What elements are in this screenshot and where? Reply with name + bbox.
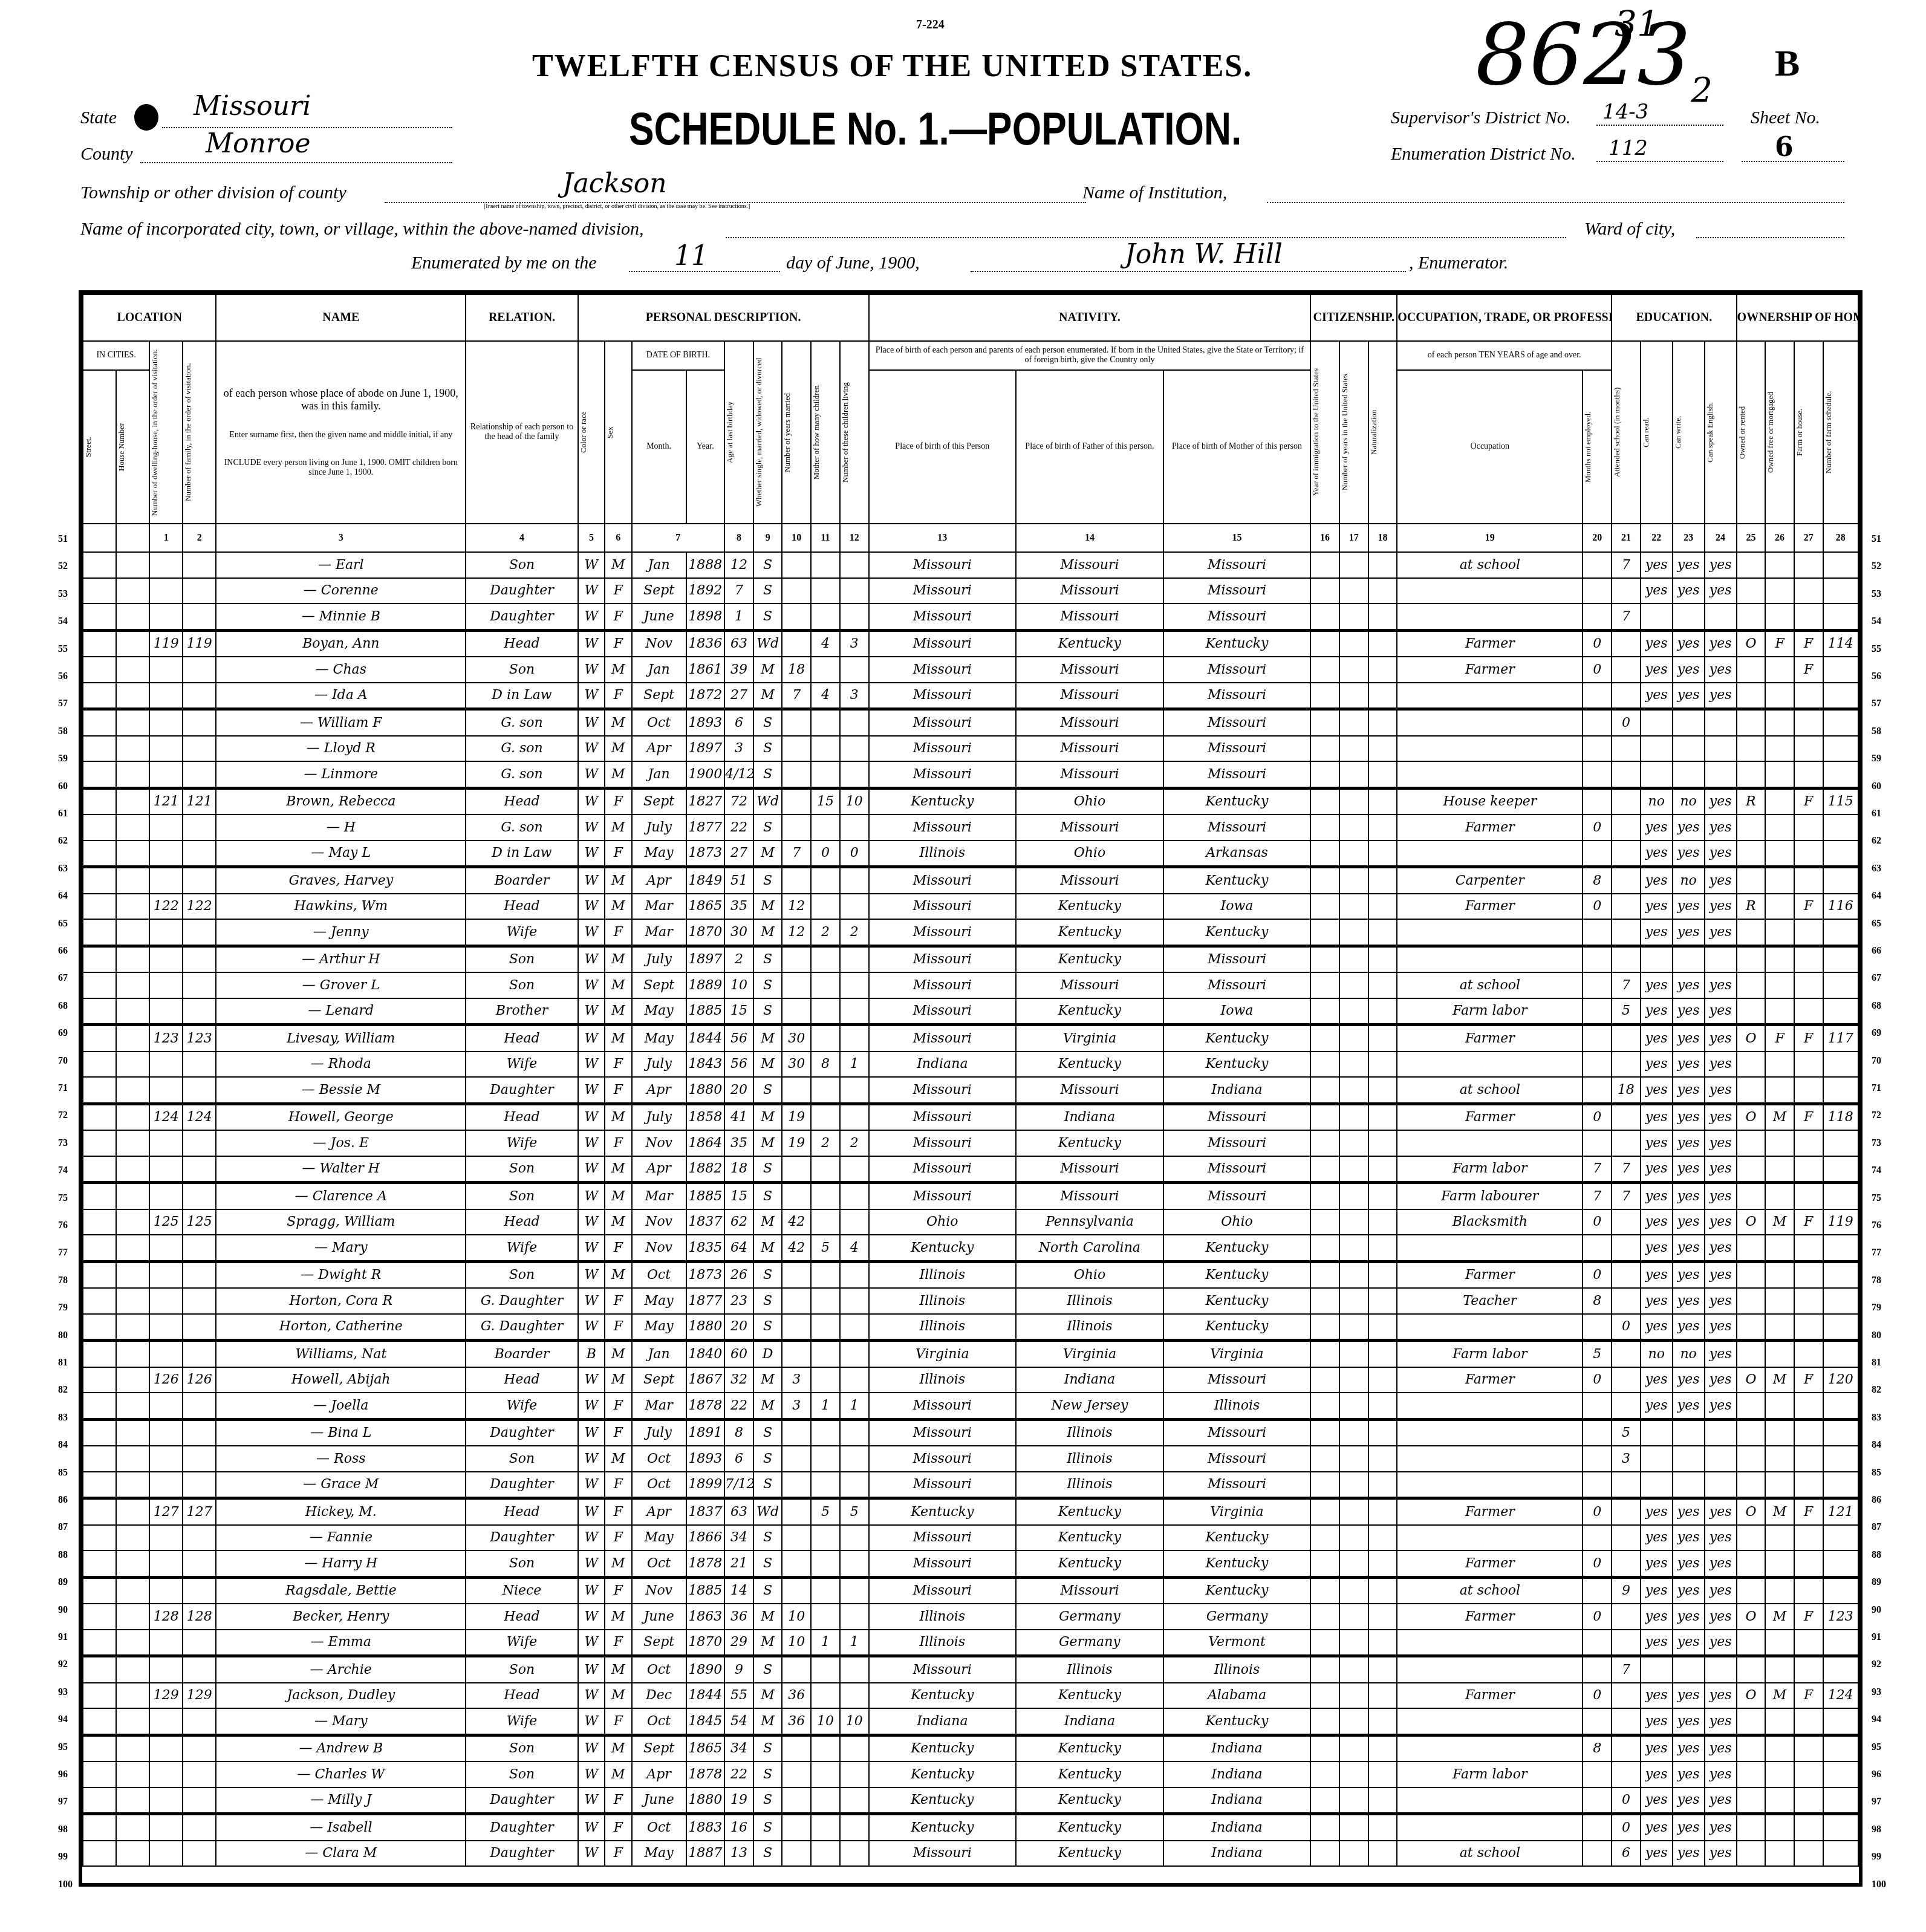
age-cell: 14 xyxy=(724,1577,753,1604)
marital-status-cell: S xyxy=(753,1841,782,1867)
dwelling-number-cell xyxy=(149,578,183,604)
person-name-cell: — Andrew B xyxy=(216,1735,466,1761)
birth-year-cell: 1873 xyxy=(686,1261,725,1288)
sex-cell: M xyxy=(605,894,631,920)
empty-cell xyxy=(83,998,116,1025)
family-number-cell xyxy=(183,1708,216,1735)
months-not-employed-cell: 0 xyxy=(1583,1498,1612,1525)
line-number-right: 93 xyxy=(1872,1687,1881,1698)
mother-birthplace-cell: Missouri xyxy=(1163,1104,1311,1130)
sheet-letter: B xyxy=(1775,42,1800,85)
empty-cell xyxy=(83,1261,116,1288)
family-number-cell xyxy=(183,578,216,604)
dwelling-number-cell xyxy=(149,657,183,683)
farm-house-cell: F xyxy=(1794,1367,1823,1393)
empty-cell xyxy=(1310,683,1339,709)
birth-month-cell: Oct xyxy=(632,1261,686,1288)
father-birthplace-cell: Kentucky xyxy=(1016,894,1163,920)
free-mortgaged-cell xyxy=(1765,998,1794,1025)
sex-cell: F xyxy=(605,1393,631,1419)
empty-cell xyxy=(1339,1446,1368,1472)
group-personal: PERSONAL DESCRIPTION. xyxy=(578,294,869,341)
months-at-school-cell xyxy=(1612,683,1641,709)
line-number-left: 68 xyxy=(58,1001,68,1012)
empty-cell xyxy=(1339,867,1368,894)
line-number-left: 94 xyxy=(58,1714,68,1725)
relation-cell: Son xyxy=(466,1261,577,1288)
speaks-english-cell: yes xyxy=(1705,867,1737,894)
occupation-cell: Blacksmith xyxy=(1397,1209,1583,1235)
free-mortgaged-cell xyxy=(1765,1314,1794,1341)
farm-schedule-number-cell xyxy=(1823,1261,1858,1288)
birthplace-cell: Missouri xyxy=(869,1446,1017,1472)
empty-cell xyxy=(1368,630,1397,657)
months-not-employed-cell: 8 xyxy=(1583,867,1612,894)
birthplace-cell: Missouri xyxy=(869,972,1017,998)
farm-house-cell xyxy=(1794,552,1823,578)
empty-cell xyxy=(116,1683,149,1709)
table-row: — Ida AD in LawWFSept187227M743MissouriM… xyxy=(83,683,1858,709)
empty-cell xyxy=(1339,630,1368,657)
race-cell: W xyxy=(578,1052,605,1078)
farm-schedule-number-cell xyxy=(1823,657,1858,683)
table-row: — LenardBrotherWMMay188515SMissouriKentu… xyxy=(83,998,1858,1025)
farm-schedule-number-cell xyxy=(1823,1235,1858,1261)
birth-month-cell: Oct xyxy=(632,1814,686,1841)
can-write-cell: yes xyxy=(1673,1735,1705,1761)
farm-schedule-number-cell xyxy=(1823,552,1858,578)
empty-cell xyxy=(1310,761,1339,788)
empty-cell xyxy=(1310,1077,1339,1104)
person-name-cell: — Lloyd R xyxy=(216,736,466,762)
empty-cell xyxy=(1339,946,1368,972)
relation-cell: G. son xyxy=(466,761,577,788)
family-number-cell xyxy=(183,1130,216,1156)
person-name-cell: — Archie xyxy=(216,1656,466,1683)
person-name-cell: Williams, Nat xyxy=(216,1341,466,1367)
relation-cell: Son xyxy=(466,1550,577,1577)
age-cell: 20 xyxy=(724,1314,753,1341)
can-read-cell: yes xyxy=(1641,1735,1673,1761)
birthplace-cell: Missouri xyxy=(869,552,1017,578)
mother-of-children-cell xyxy=(811,1156,840,1183)
free-mortgaged-cell xyxy=(1765,578,1794,604)
occupation-cell: Farm labourer xyxy=(1397,1183,1583,1209)
father-birthplace-cell: Kentucky xyxy=(1016,630,1163,657)
marital-status-cell: S xyxy=(753,1156,782,1183)
relation-cell: Head xyxy=(466,1025,577,1052)
empty-cell xyxy=(1368,1261,1397,1288)
sex-cell: F xyxy=(605,1235,631,1261)
person-name-cell: — Arthur H xyxy=(216,946,466,972)
can-write-cell xyxy=(1673,603,1705,630)
speaks-english-cell: yes xyxy=(1705,1708,1737,1735)
months-at-school-cell xyxy=(1612,1472,1641,1498)
relation-cell: Daughter xyxy=(466,578,577,604)
speaks-english-cell: yes xyxy=(1705,1156,1737,1183)
farm-house-cell xyxy=(1794,919,1823,946)
dwelling-number-cell: 123 xyxy=(149,1025,183,1052)
birthplace-cell: Missouri xyxy=(869,1550,1017,1577)
table-row: Williams, NatBoarderBMJan184060DVirginia… xyxy=(83,1341,1858,1367)
empty-cell xyxy=(1310,815,1339,841)
empty-cell xyxy=(116,1052,149,1078)
farm-house-cell: F xyxy=(1794,657,1823,683)
mother-birthplace-cell: Kentucky xyxy=(1163,1025,1311,1052)
empty-cell xyxy=(1339,1183,1368,1209)
empty-cell xyxy=(1310,1683,1339,1709)
col-race-label: Color or race xyxy=(579,342,588,523)
table-row: — CorenneDaughterWFSept18927SMissouriMis… xyxy=(83,578,1858,604)
years-married-cell xyxy=(782,1577,811,1604)
mother-birthplace-cell: Kentucky xyxy=(1163,630,1311,657)
line-number-left: 74 xyxy=(58,1165,68,1176)
sex-cell: M xyxy=(605,1735,631,1761)
can-write-cell: yes xyxy=(1673,972,1705,998)
census-title: TWELFTH CENSUS OF THE UNITED STATES. xyxy=(532,48,1252,84)
mother-birthplace-cell: Missouri xyxy=(1163,946,1311,972)
farm-house-cell: F xyxy=(1794,1104,1823,1130)
family-number-cell xyxy=(183,1419,216,1446)
table-row: — EmmaWifeWFSept187029M1011IllinoisGerma… xyxy=(83,1630,1858,1656)
speaks-english-cell: yes xyxy=(1705,841,1737,867)
line-number-right: 83 xyxy=(1872,1413,1881,1423)
birth-year-cell: 1873 xyxy=(686,841,725,867)
age-cell: 56 xyxy=(724,1052,753,1078)
sex-cell: M xyxy=(605,972,631,998)
family-number-cell xyxy=(183,1841,216,1867)
mother-birthplace-cell: Missouri xyxy=(1163,1419,1311,1446)
line-number-right: 65 xyxy=(1872,919,1881,929)
empty-cell xyxy=(1339,1367,1368,1393)
person-name-cell: — Minnie B xyxy=(216,603,466,630)
mother-of-children-cell xyxy=(811,1446,840,1472)
enumerator-name: John W. Hill xyxy=(1125,239,1283,270)
farm-house-cell xyxy=(1794,1341,1823,1367)
empty-cell xyxy=(1368,1052,1397,1078)
months-not-employed-cell: 0 xyxy=(1583,815,1612,841)
col-sex-label: Sex xyxy=(605,342,615,523)
can-write-cell: yes xyxy=(1673,1025,1705,1052)
colnum xyxy=(83,524,116,552)
sex-cell: M xyxy=(605,709,631,736)
mother-of-children-cell xyxy=(811,1841,840,1867)
line-number-right: 98 xyxy=(1872,1824,1881,1835)
empty-cell xyxy=(116,1367,149,1393)
empty-cell xyxy=(1310,1814,1339,1841)
years-married-cell: 12 xyxy=(782,894,811,920)
line-number-right: 69 xyxy=(1872,1028,1881,1039)
relation-cell: Head xyxy=(466,1604,577,1630)
children-living-cell xyxy=(840,578,869,604)
mother-of-children-cell: 0 xyxy=(811,841,840,867)
can-read-cell: yes xyxy=(1641,1052,1673,1078)
sex-cell: F xyxy=(605,841,631,867)
months-not-employed-cell xyxy=(1583,1446,1612,1472)
person-name-cell: — Isabell xyxy=(216,1814,466,1841)
empty-cell xyxy=(1339,1630,1368,1656)
mother-of-children-cell: 4 xyxy=(811,683,840,709)
farm-schedule-number-cell xyxy=(1823,946,1858,972)
line-number-right: 75 xyxy=(1872,1193,1881,1204)
line-number-right: 76 xyxy=(1872,1220,1881,1231)
free-mortgaged-cell xyxy=(1765,657,1794,683)
occupation-cell xyxy=(1397,919,1583,946)
children-living-cell xyxy=(840,1341,869,1367)
line-number-left: 66 xyxy=(58,946,68,957)
birth-month-cell: June xyxy=(632,1787,686,1814)
birth-month-cell: May xyxy=(632,841,686,867)
children-living-cell: 0 xyxy=(840,841,869,867)
can-read-cell xyxy=(1641,1446,1673,1472)
empty-cell xyxy=(1310,1261,1339,1288)
table-row: — LinmoreG. sonWMJan19004/12SMissouriMis… xyxy=(83,761,1858,788)
father-birthplace-cell: Kentucky xyxy=(1016,1525,1163,1551)
occupation-cell xyxy=(1397,946,1583,972)
farm-schedule-number-cell: 118 xyxy=(1823,1104,1858,1130)
farm-house-cell xyxy=(1794,1550,1823,1577)
line-number-left: 99 xyxy=(58,1852,68,1862)
empty-cell xyxy=(1368,1077,1397,1104)
race-cell: W xyxy=(578,1183,605,1209)
farm-house-cell: F xyxy=(1794,894,1823,920)
children-living-cell xyxy=(840,1525,869,1551)
birth-month-cell: Apr xyxy=(632,1498,686,1525)
dwelling-number-cell xyxy=(149,603,183,630)
birth-year-cell: 1892 xyxy=(686,578,725,604)
can-read-cell: yes xyxy=(1641,1367,1673,1393)
empty-cell xyxy=(1339,1841,1368,1867)
colnum: 18 xyxy=(1368,524,1397,552)
race-cell: W xyxy=(578,1604,605,1630)
person-name-cell: — Linmore xyxy=(216,761,466,788)
empty-cell xyxy=(116,1261,149,1288)
birth-month-cell: Oct xyxy=(632,1708,686,1735)
col-pob-mother: Place of birth of Mother of this person xyxy=(1163,370,1311,524)
occupation-cell xyxy=(1397,1052,1583,1078)
relation-cell: G. Daughter xyxy=(466,1288,577,1314)
sex-cell: M xyxy=(605,1261,631,1288)
dwelling-number-cell xyxy=(149,998,183,1025)
family-number-cell: 125 xyxy=(183,1209,216,1235)
empty-cell xyxy=(1339,1550,1368,1577)
col-mother-of: Mother of how many children xyxy=(811,341,840,524)
mother-birthplace-cell: Iowa xyxy=(1163,998,1311,1025)
birth-month-cell: Mar xyxy=(632,1393,686,1419)
farm-schedule-number-cell xyxy=(1823,578,1858,604)
birth-month-cell: Sept xyxy=(632,683,686,709)
state-label: State xyxy=(80,108,117,128)
birthplace-cell: Missouri xyxy=(869,815,1017,841)
months-at-school-cell: 0 xyxy=(1612,709,1641,736)
line-number-left: 85 xyxy=(58,1468,68,1478)
farm-house-cell xyxy=(1794,1235,1823,1261)
race-cell: W xyxy=(578,1498,605,1525)
colnum: 24 xyxy=(1705,524,1737,552)
family-number-cell xyxy=(183,1235,216,1261)
can-write-cell: yes xyxy=(1673,1630,1705,1656)
relation-cell: Daughter xyxy=(466,603,577,630)
colnum: 20 xyxy=(1583,524,1612,552)
birthplace-cell: Missouri xyxy=(869,1130,1017,1156)
years-married-cell: 18 xyxy=(782,657,811,683)
age-cell: 19 xyxy=(724,1787,753,1814)
col-dwelling-label: Number of dwelling-house, in the order o… xyxy=(150,342,160,523)
person-name-cell: — H xyxy=(216,815,466,841)
table-row: — JoellaWifeWFMar187822M311MissouriNew J… xyxy=(83,1393,1858,1419)
empty-cell xyxy=(116,815,149,841)
children-living-cell xyxy=(840,1104,869,1130)
father-birthplace-cell: Indiana xyxy=(1016,1104,1163,1130)
can-write-cell xyxy=(1673,709,1705,736)
empty-cell xyxy=(1339,683,1368,709)
sex-cell: F xyxy=(605,919,631,946)
birth-month-cell: Sept xyxy=(632,1735,686,1761)
table-row: — HG. sonWMJuly187722SMissouriMissouriMi… xyxy=(83,815,1858,841)
marital-status-cell: S xyxy=(753,815,782,841)
years-married-cell xyxy=(782,972,811,998)
family-number-cell xyxy=(183,1052,216,1078)
sex-cell: F xyxy=(605,1630,631,1656)
owned-rented-cell xyxy=(1737,1550,1766,1577)
can-write-cell: yes xyxy=(1673,894,1705,920)
empty-cell xyxy=(83,894,116,920)
dwelling-number-cell xyxy=(149,1314,183,1341)
birth-year-cell: 1837 xyxy=(686,1498,725,1525)
race-cell: W xyxy=(578,1656,605,1683)
months-at-school-cell xyxy=(1612,1288,1641,1314)
speaks-english-cell: yes xyxy=(1705,683,1737,709)
mother-of-children-cell xyxy=(811,1209,840,1235)
occupation-cell: at school xyxy=(1397,1077,1583,1104)
person-name-cell: — William F xyxy=(216,709,466,736)
months-at-school-cell: 18 xyxy=(1612,1077,1641,1104)
person-name-cell: — Jos. E xyxy=(216,1130,466,1156)
can-read-cell: no xyxy=(1641,1341,1673,1367)
owned-rented-cell xyxy=(1737,1183,1766,1209)
can-write-cell: yes xyxy=(1673,1683,1705,1709)
empty-cell xyxy=(1310,1604,1339,1630)
family-number-cell xyxy=(183,1525,216,1551)
marital-status-cell: S xyxy=(753,998,782,1025)
occupation-cell: at school xyxy=(1397,1841,1583,1867)
age-cell: 32 xyxy=(724,1367,753,1393)
farm-house-cell xyxy=(1794,946,1823,972)
free-mortgaged-cell xyxy=(1765,1787,1794,1814)
person-name-cell: — Joella xyxy=(216,1393,466,1419)
marital-status-cell: S xyxy=(753,1183,782,1209)
sex-cell: M xyxy=(605,998,631,1025)
years-married-cell: 10 xyxy=(782,1630,811,1656)
age-cell: 34 xyxy=(724,1735,753,1761)
free-mortgaged-cell xyxy=(1765,1077,1794,1104)
children-living-cell xyxy=(840,1367,869,1393)
mother-of-children-cell xyxy=(811,1735,840,1761)
can-write-cell: yes xyxy=(1673,657,1705,683)
months-not-employed-cell xyxy=(1583,552,1612,578)
person-name-cell: — Walter H xyxy=(216,1156,466,1183)
empty-cell xyxy=(116,1104,149,1130)
father-birthplace-cell: Missouri xyxy=(1016,657,1163,683)
years-married-cell xyxy=(782,1288,811,1314)
mother-of-children-cell xyxy=(811,761,840,788)
months-not-employed-cell: 8 xyxy=(1583,1288,1612,1314)
age-cell: 20 xyxy=(724,1077,753,1104)
age-cell: 64 xyxy=(724,1235,753,1261)
free-mortgaged-cell xyxy=(1765,1708,1794,1735)
empty-cell xyxy=(1339,1577,1368,1604)
farm-house-cell xyxy=(1794,1130,1823,1156)
mother-birthplace-cell: Kentucky xyxy=(1163,1052,1311,1078)
empty-cell xyxy=(1368,709,1397,736)
line-number-right: 73 xyxy=(1872,1138,1881,1149)
owned-rented-cell xyxy=(1737,736,1766,762)
colnum: 21 xyxy=(1612,524,1641,552)
birth-month-cell: Apr xyxy=(632,1077,686,1104)
years-married-cell: 30 xyxy=(782,1052,811,1078)
mother-birthplace-cell: Indiana xyxy=(1163,1814,1311,1841)
occupation-cell: at school xyxy=(1397,552,1583,578)
father-birthplace-cell: Missouri xyxy=(1016,1156,1163,1183)
empty-cell xyxy=(116,761,149,788)
mother-birthplace-cell: Ohio xyxy=(1163,1209,1311,1235)
children-living-cell xyxy=(840,1472,869,1498)
col-month: Month. xyxy=(632,370,686,524)
birth-month-cell: Apr xyxy=(632,867,686,894)
col-can-read-label: Can read. xyxy=(1641,342,1651,523)
family-number-cell: 126 xyxy=(183,1367,216,1393)
mother-birthplace-cell: Missouri xyxy=(1163,1156,1311,1183)
mother-birthplace-cell: Missouri xyxy=(1163,972,1311,998)
empty-cell xyxy=(1310,1656,1339,1683)
table-row: — ArchieSonWMOct18909SMissouriIllinoisIl… xyxy=(83,1656,1858,1683)
empty-cell xyxy=(1339,1077,1368,1104)
empty-cell xyxy=(1310,998,1339,1025)
mother-birthplace-cell: Indiana xyxy=(1163,1761,1311,1787)
relation-cell: D in Law xyxy=(466,683,577,709)
speaks-english-cell: yes xyxy=(1705,1630,1737,1656)
farm-schedule-number-cell xyxy=(1823,736,1858,762)
years-married-cell xyxy=(782,630,811,657)
can-write-cell: yes xyxy=(1673,1498,1705,1525)
table-row: Graves, HarveyBoarderWMApr184951SMissour… xyxy=(83,867,1858,894)
children-living-cell xyxy=(840,1577,869,1604)
line-number-left: 75 xyxy=(58,1193,68,1204)
birthplace-cell: Missouri xyxy=(869,1525,1017,1551)
mother-of-children-cell: 5 xyxy=(811,1235,840,1261)
line-number-right: 64 xyxy=(1872,891,1881,902)
family-number-cell xyxy=(183,1735,216,1761)
col-farm-house-label: Farm or house. xyxy=(1795,342,1804,523)
father-birthplace-cell: Kentucky xyxy=(1016,1130,1163,1156)
farm-schedule-number-cell xyxy=(1823,1393,1858,1419)
family-number-cell xyxy=(183,867,216,894)
father-birthplace-cell: Kentucky xyxy=(1016,1498,1163,1525)
line-number-left: 86 xyxy=(58,1495,68,1506)
birthplace-cell: Missouri xyxy=(869,919,1017,946)
months-at-school-cell xyxy=(1612,1525,1641,1551)
relation-cell: Boarder xyxy=(466,1341,577,1367)
father-birthplace-cell: Indiana xyxy=(1016,1367,1163,1393)
empty-cell xyxy=(1339,972,1368,998)
empty-cell xyxy=(1368,1814,1397,1841)
occupation-cell: Farm labor xyxy=(1397,1341,1583,1367)
empty-cell xyxy=(116,1787,149,1814)
months-at-school-cell xyxy=(1612,1761,1641,1787)
empty-cell xyxy=(83,552,116,578)
birth-month-cell: Oct xyxy=(632,1550,686,1577)
dwelling-number-cell xyxy=(149,1077,183,1104)
